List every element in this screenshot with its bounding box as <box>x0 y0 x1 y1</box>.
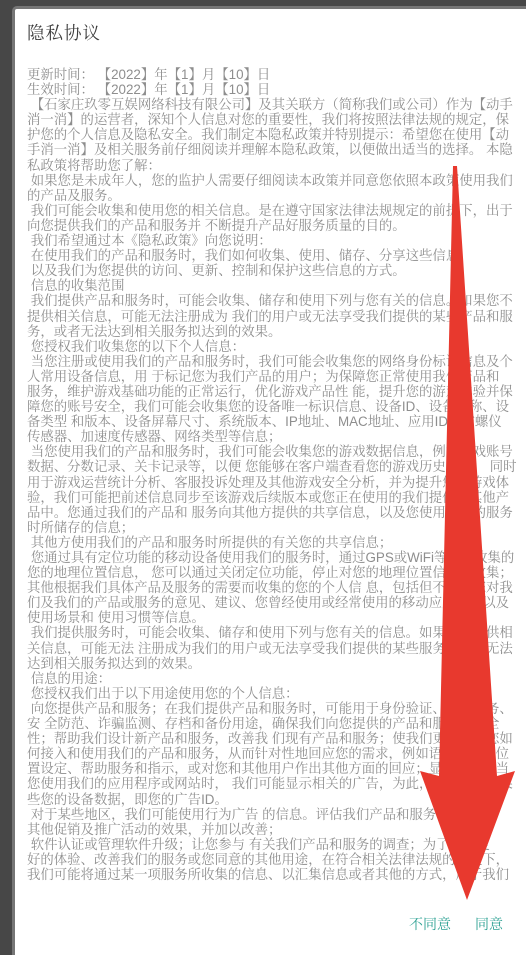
text-line: 当您注册或使用我们的产品和服务时，我们可能会收集您的网络身份标识信息及个 <box>27 354 526 369</box>
text-line: 品中。您通过我们的产品和 服务向其他方提供的共享信息，以及您使用我们的服务 <box>27 505 526 520</box>
dialog-title: 隐私协议 <box>27 20 101 45</box>
text-line: 用于游戏运营统计分析、客服投诉处理及其他游戏安全分析，并为提升您的游戏体 <box>27 475 526 490</box>
text-line: 对于某些地区，我们可能使用行为广告 的信息。评估我们产品和服务、广告及 <box>27 807 526 822</box>
text-line: 护您的个人信息及隐私安全。我们制定本隐私政策并特别提示：希望您在使用【动 <box>27 127 526 142</box>
text-line: 传感器、加速度传感器、网络类型等信息； <box>27 429 526 444</box>
text-line: 验，我们可能把前述信息同步至该游戏后续版本或您正在使用的我们提供的其他产 <box>27 490 526 505</box>
text-line: 使用场景和 使用习惯等信息。 <box>27 610 526 625</box>
text-line: 以及我们为您提供的访问、更新、控制和保护这些信息的方式。 <box>27 263 526 278</box>
text-line: 服务，维护游戏基础功能的正常运行，优化游戏产品性 能，提升您的游戏体验并保 <box>27 384 526 399</box>
text-line: 其他促销及推广活动的效果，并加以改善； <box>27 822 526 837</box>
text-line: 好的体验、改善我们的服务或您同意的其他用途，在符合相关法律法规的前提下， <box>27 852 526 867</box>
text-line: 我们提供服务时，可能会收集、储存和使用下列与您有关的信息。如果您不提供相 <box>27 625 526 640</box>
text-line: 您的地理位置信息， 您可以通过关闭定位功能，停止对您的地理位置信息的收集； <box>27 565 526 580</box>
text-line: 您授权我们收集您的以下个人信息： <box>27 339 526 354</box>
text-line: 我们可能将通过某一项服务所收集的信息、以汇集信息或者其他的方式，用于我们 <box>27 867 526 882</box>
text-line: 我们提供产品和服务时，可能会收集、储存和使用下列与您有关的信息。如果您不 <box>27 293 526 308</box>
text-line: 信息的用途： <box>27 671 526 686</box>
text-line: 关信息，可能无法 注册成为我们的用户或无法享受我们提供的某些服务，或者无法 <box>27 641 526 656</box>
text-line: 向您提供我们的产品和服务并 不断提升产品好服务质量的目的。 <box>27 218 526 233</box>
dialog-footer: 不同意 同意 <box>409 914 503 934</box>
text-line: 的产品及服务。 <box>27 188 526 203</box>
text-line: 安 全防范、诈骗监测、存档和备份用途，确保我们向您提供的产品和服务的安全 <box>27 716 526 731</box>
text-line: 在使用我们的产品和服务时，我们如何收集、使用、储存、分享这些信息， <box>27 248 526 263</box>
text-line: 【石家庄玖零互娱网络科技有限公司】及其关联方（简称我们或公司）作为【动手 <box>27 97 526 112</box>
text-line: 您授权我们出于以下用途使用您的个人信息： <box>27 686 526 701</box>
text-line: 消一消】的运营者，深知个人信息对您的重要性，我们将按照法律法规的规定，保 <box>27 112 526 127</box>
text-line: 备类型 和版本、设备屏幕尺寸、系统版本、IP地址、MAC地址、应用ID、陀螺仪 <box>27 414 526 429</box>
disagree-button[interactable]: 不同意 <box>409 914 451 934</box>
text-line: 时所储存的信息； <box>27 520 526 535</box>
text-line: 人常用设备信息，用 于标记您为我们产品的用户；为保障您正常使用我们产品和 <box>27 369 526 384</box>
agree-button[interactable]: 同意 <box>475 914 503 934</box>
text-line: 私政策将帮助您了解： <box>27 158 526 173</box>
text-line: 提供相关信息，可能无法注册成为 我们的用户或无法享受我们提供的某些产品和服 <box>27 309 526 324</box>
text-line: 其他根据我们具体产品及服务的需要而收集的您的个人信 息，包括但不限于您对我 <box>27 580 526 595</box>
text-line: 们及我们的产品或服务的意见、建议、您曾经使用或经常使用的移动应用软件以及 <box>27 595 526 610</box>
text-line: 其他方使用我们的产品和服务时所提供的有关您的共享信息； <box>27 535 526 550</box>
text-line: 性；帮助我们设计新产品和服务，改善我 们现有产品和服务；使我们更加了解您如 <box>27 731 526 746</box>
text-line: 当您使用我们的产品和服务时，我们可能会收集您的游戏数据信息，例如游戏账号 <box>27 444 526 459</box>
text-line: 我们可能会收集和使用您的相关信息。是在遵守国家法律法规规定的前提下，出于 <box>27 203 526 218</box>
text-line: 置设定、帮助服务和指示，或对您和其他用户作出其他方面的回应；显示广告；当 <box>27 761 526 776</box>
text-line: 些您的设备数据，即您的广告ID。 <box>27 792 526 807</box>
text-line: 更新时间： 【2022】年【1】月【10】日 <box>27 67 526 82</box>
text-line: 何接入和使用我们的产品和服务，从而针对性地回应您的需求，例如语言设定、位 <box>27 746 526 761</box>
text-line: 障您的账号安全，我们可能会收集您的设备唯一标识信息、设备ID、设备名称、设 <box>27 399 526 414</box>
text-line: 手消一消】及相关服务前仔细阅读并理解本隐私政策，以便做出适当的选择。 本隐 <box>27 142 526 157</box>
text-line: 务，或者无法达到相关服务拟达到的效果。 <box>27 324 526 339</box>
privacy-dialog: 隐私协议 更新时间： 【2022】年【1】月【10】日生效时间： 【2022】年… <box>12 6 526 955</box>
text-line: 您使用我们的应用程序或网站时， 我们可能显示相关的广告，为此，我们会使用某 <box>27 776 526 791</box>
text-line: 如果您是未成年人，您的监护人需要仔细阅读本政策并同意您依照本政策使用我们 <box>27 173 526 188</box>
text-line: 达到相关服务拟达到的效果。 <box>27 656 526 671</box>
privacy-policy-text[interactable]: 更新时间： 【2022】年【1】月【10】日生效时间： 【2022】年【1】月【… <box>27 67 526 892</box>
text-line: 软件认证或管理软件升级；让您参与 有关我们产品和服务的调查；为了给您更 <box>27 837 526 852</box>
text-line: 数据、分数记录、关卡记录等，以便 您能够在客户端查看您的游戏历史记录， 同时 <box>27 459 526 474</box>
text-line: 向您提供产品和服务；在我们提供产品和服务时，可能用于身份验证、客户服务、 <box>27 701 526 716</box>
text-line: 信息的收集范围 <box>27 278 526 293</box>
text-line: 您通过具有定位功能的移动设备使用我们的服务时，通过GPS或WiFi等方式收集的 <box>27 550 526 565</box>
text-line: 我们希望通过本《隐私政策》向您说明： <box>27 233 526 248</box>
text-line: 生效时间： 【2022】年【1】月【10】日 <box>27 82 526 97</box>
